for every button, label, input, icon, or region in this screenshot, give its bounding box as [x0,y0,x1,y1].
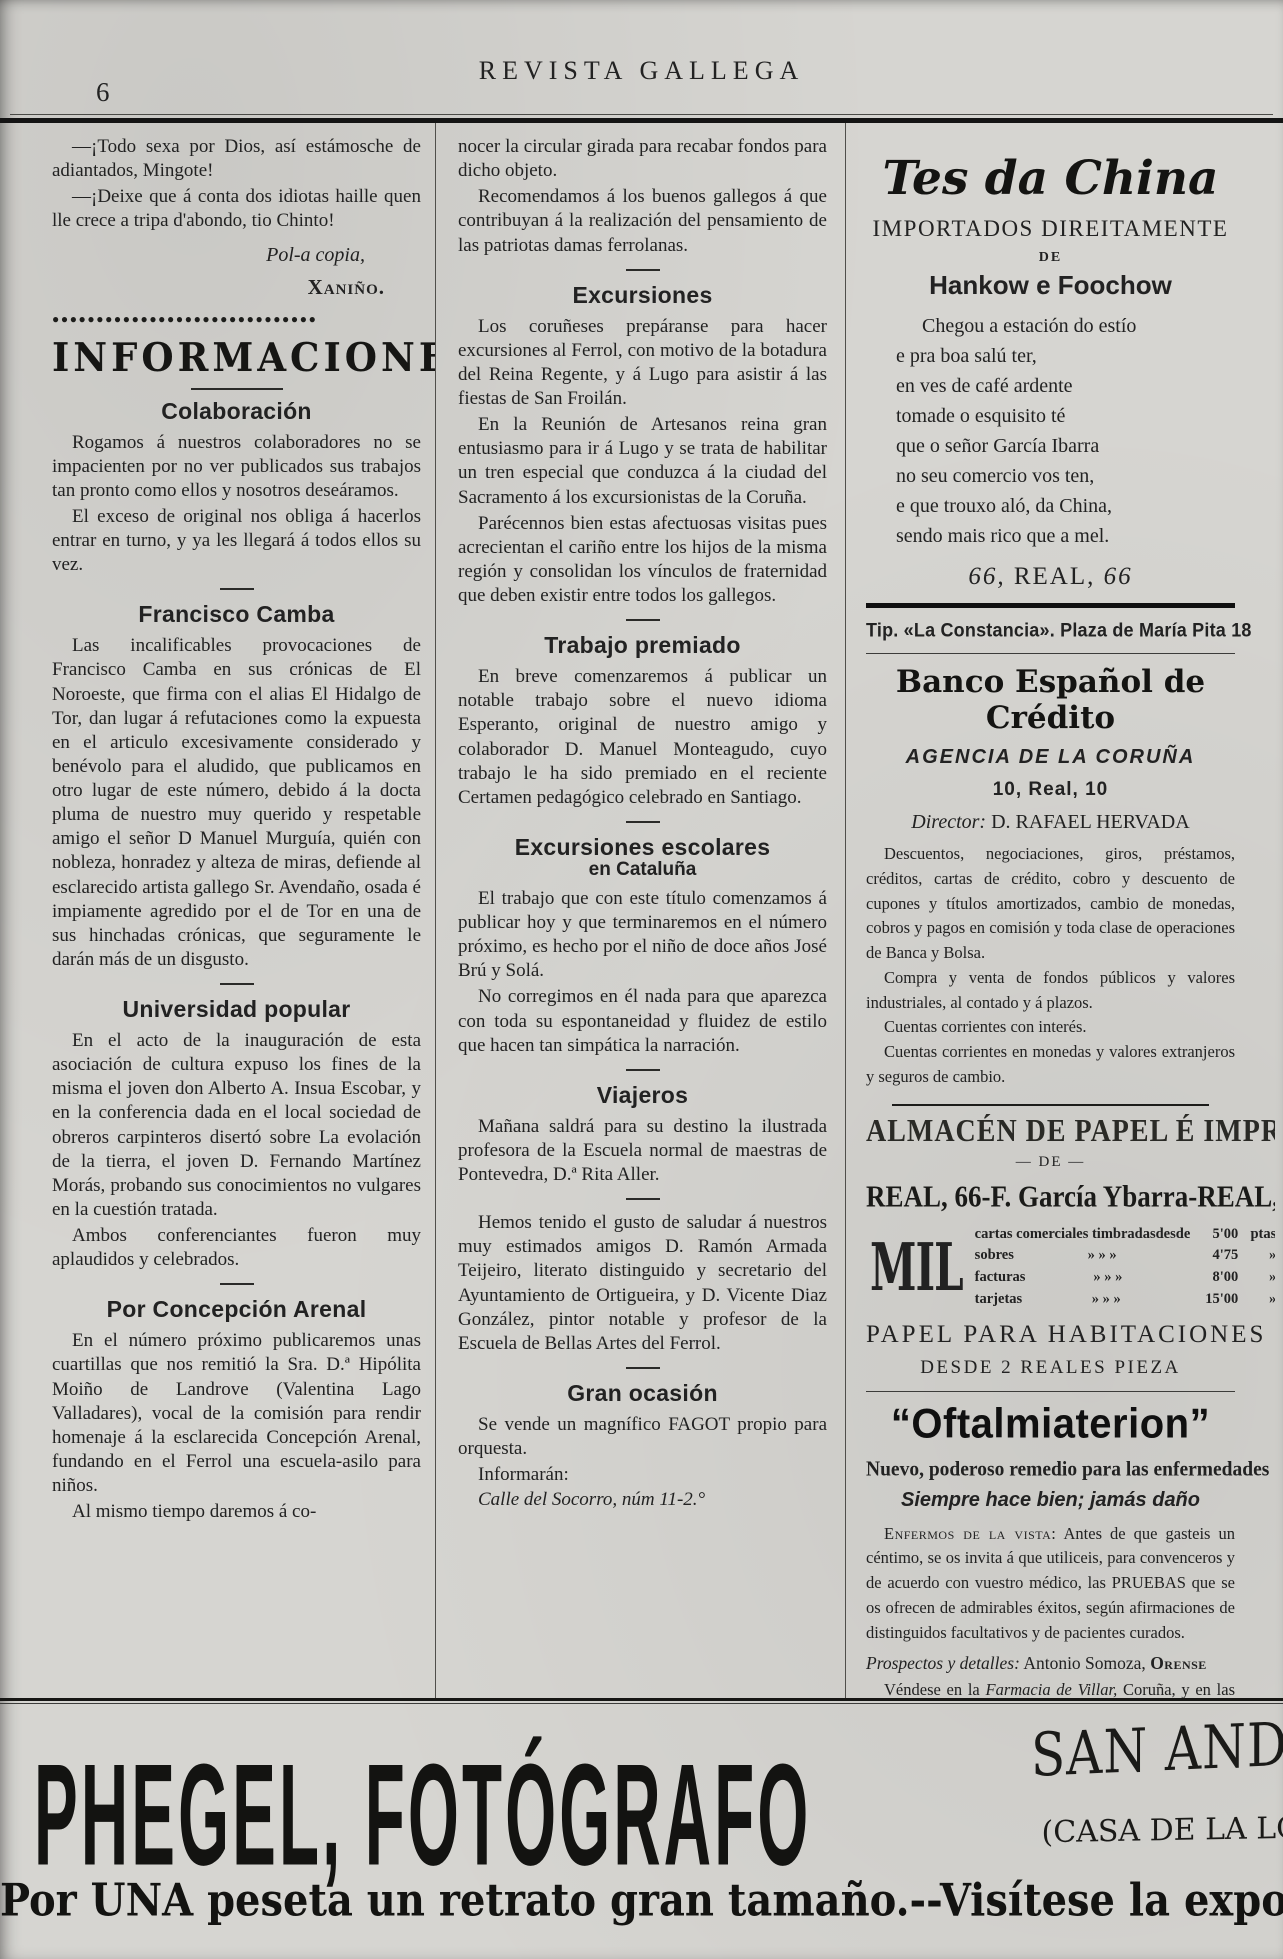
dash-separator [626,1198,660,1200]
dash-separator [626,269,660,271]
ad-almacen-address: REAL, 66-F. García Ybarra-REAL, 66 [866,1178,1235,1214]
dash-separator [220,588,254,590]
article-paragraph: Los coruñeses prepáranse para hacer excu… [458,315,827,412]
oftal-paragraph: Enfermos de la vista: Antes de que gaste… [866,1522,1235,1646]
ad-tes-verse: Chegou a estación do estío e pra boa sal… [866,311,1235,551]
article-heading: Trabajo premiado [458,632,827,659]
article-paragraph: Rogamos á nuestros colaboradores no se i… [52,431,421,503]
dash-separator [220,983,254,985]
price-table: cartas comerciales timbradas desde 5'00 … [975,1224,1275,1311]
printer-imprint: Tip. «La Constancia». Plaza de María Pit… [866,619,1235,642]
ad-almacen-title: ALMACÉN DE PAPEL É IMPRENTA [866,1114,1235,1150]
ad-tes-de: DE [866,250,1235,266]
newspaper-page: 6 REVISTA GALLEGA —¡Todo sexa por Dios, … [0,0,1283,1959]
article-paragraph: Parécennos bien estas afectuosas visitas… [458,512,827,609]
ad-tes-address: 66, REAL, 66 [866,563,1235,591]
article-subheading: en Cataluña [458,859,827,881]
left-column: —¡Todo sexa por Dios, así estámosche de … [8,123,435,1698]
ad-tes-title: Tes da China [866,151,1235,206]
verse-line: e que trouxo aló, da China, [896,491,1235,521]
ad-banco-title: Banco Español de Crédito [866,664,1235,736]
price-value: 5'00 [1190,1224,1238,1246]
dialogue-paragraph: —¡Todo sexa por Dios, así estámosche de … [52,135,421,183]
price-unit: » [1238,1267,1275,1289]
dash-separator [220,1283,254,1285]
article-heading: Colaboración [52,398,421,425]
banco-paragraph: Descuentos, negociaciones, giros, présta… [866,842,1235,966]
medium-rule [892,1104,1209,1106]
article-heading: Francisco Camba [52,601,421,628]
verse-line: no seu comercio vos ten, [896,461,1235,491]
oftal-prospectos: Prospectos y detalles: Antonio Somoza, O… [866,1653,1235,1674]
article-paragraph: Las incalificables provocaciones de Fran… [52,634,421,972]
ad-banco-agency: AGENCIA DE LA CORUÑA [866,746,1235,769]
article-paragraph: En el número próximo publicaremos unas c… [52,1329,421,1498]
article-paragraph: Al mismo tiempo daremos á co- [52,1500,421,1524]
ad-tagline: Por UNA peseta un retrato gran tamaño.--… [0,1874,1283,1927]
columns-area: —¡Todo sexa por Dios, así estámosche de … [0,123,1283,1698]
ornament-row: ●●●●●●●●●●●●●●●●●●●●●●●●●●●●●● [52,312,421,327]
ad-almacen-de: — DE — [866,1154,1235,1171]
thick-rule [866,603,1235,608]
continuation-paragraph: nocer la circular girada para recabar fo… [458,135,827,183]
vendese-pharmacy: Farmacia de Villar, [986,1680,1118,1698]
ad-tes-origin: Hankow e Foochow [866,270,1235,301]
dash-separator [626,1069,660,1071]
article-paragraph: El exceso de original nos obliga á hacer… [52,505,421,577]
verse-line: sendo mais rico que a mel. [896,521,1235,551]
director-label: Director: [911,811,986,833]
ad-casa-line: (CASA DE LA LOTERIA) [1031,1809,1283,1851]
address-number: 66, [968,563,1005,590]
article-paragraph: Mañana saldrá para su destino la ilustra… [458,1115,827,1187]
banco-paragraph: Cuentas corrientes en monedas y valores … [866,1040,1235,1090]
article-heading: Gran ocasión [458,1380,827,1407]
right-column: Tes da China IMPORTADOS DIREITAMENTE DE … [846,123,1275,1698]
masthead-title: REVISTA GALLEGA [0,42,1283,86]
article-paragraph: Recomendamos á los buenos gallegos á que… [458,185,827,257]
article-paragraph: Ambos conferenciantes fueron muy aplaudi… [52,1224,421,1272]
price-item: sobres [975,1245,1014,1267]
price-unit: ptas [1238,1224,1275,1246]
oftal-lead: Enfermos de la vista: [884,1524,1056,1543]
vendese-text: Véndese en la [884,1680,986,1698]
article-paragraph: Informarán: [458,1463,827,1487]
price-unit: » [1238,1245,1275,1267]
price-dittos: » » » [1014,1245,1190,1267]
price-row: cartas comerciales timbradas desde 5'00 … [975,1224,1275,1246]
mil-label: MIL [870,1229,963,1305]
price-item: facturas [975,1267,1026,1289]
price-list: MIL cartas comerciales timbradas desde 5… [866,1224,1235,1311]
article-paragraph: No corregimos en él nada para que aparez… [458,985,827,1057]
article-paragraph: En la Reunión de Artesanos reina gran en… [458,413,827,510]
page-number: 6 [96,77,110,108]
price-row: facturas » » » 8'00 » [975,1267,1275,1289]
price-dittos: » » » [1022,1289,1190,1311]
price-value: 4'75 [1190,1245,1238,1267]
article-paragraph: Hemos tenido el gusto de saludar á nuest… [458,1211,827,1356]
price-unit: » [1238,1289,1275,1311]
header-rule-thin [10,114,1273,115]
article-heading: Excursiones [458,282,827,309]
ad-tes-subtitle: IMPORTADOS DIREITAMENTE [866,216,1235,242]
article-paragraph: En el acto de la inauguración de esta as… [52,1029,421,1222]
thin-rule [866,1391,1235,1392]
dash-separator [626,619,660,621]
section-display-heading: INFORMACIONES [52,333,421,380]
ad-papel-price: DESDE 2 REALES PIEZA [866,1357,1235,1379]
ad-papel-line: PAPEL PARA HABITACIONES [866,1321,1235,1349]
address-street: REAL, [1014,563,1096,590]
dialogue-paragraph: —¡Deixe que á conta dos idiotas haille q… [52,185,421,233]
middle-column: nocer la circular girada para recabar fo… [435,123,846,1698]
thin-rule [866,653,1235,654]
bottom-advertisement: PHEGEL, FOTÓGRAFO SAN ANDRES, 13 (CASA D… [0,1704,1283,1959]
ad-banco-director: Director: D. RAFAEL HERVADA [866,811,1235,834]
prospectos-label: Prospectos y detalles: [866,1653,1020,1673]
prospectos-city: Orense [1150,1653,1207,1673]
prospectos-name: Antonio Somoza, [1020,1653,1150,1673]
banco-paragraph: Cuentas corrientes con interés. [866,1015,1235,1040]
price-row: tarjetas » » » 15'00 » [975,1289,1275,1311]
dash-separator [626,821,660,823]
ad-oftal-slogan: Siempre hace bien; jamás daño [866,1489,1235,1512]
oftal-vendese: Véndese en la Farmacia de Villar, Coruña… [866,1678,1235,1698]
ad-oftal-title: “Oftalmiaterion” [866,1400,1235,1447]
signature-name: Xaniño. [52,275,421,300]
verse-line: tomade o esquisito té [896,401,1235,431]
short-rule [191,388,283,390]
price-item: tarjetas [975,1289,1023,1311]
article-heading: Excursiones escolares [458,834,827,861]
signature-line: Pol-a copia, [52,244,421,267]
article-heading: Por Concepción Arenal [52,1296,421,1323]
price-item: cartas comerciales timbradas [975,1224,1156,1246]
director-name: D. RAFAEL HERVADA [991,811,1190,833]
contact-address: Calle del Socorro, núm 11-2.° [458,1489,827,1511]
article-heading: Viajeros [458,1082,827,1109]
price-dittos: » » » [1025,1267,1190,1289]
ad-oftal-subtitle: Nuevo, poderoso remedio para las enferme… [866,1458,1235,1482]
verse-line: que o señor García Ibarra [896,431,1235,461]
price-dittos: desde [1156,1224,1191,1246]
ad-top-row: PHEGEL, FOTÓGRAFO SAN ANDRES, 13 (CASA D… [34,1710,1257,1847]
dash-separator [626,1367,660,1369]
banco-paragraph: Compra y venta de fondos públicos y valo… [866,966,1235,1016]
verse-line: e pra boa salú ter, [896,341,1235,371]
ad-street-address: SAN ANDRES, 13 [1031,1704,1283,1791]
price-value: 8'00 [1190,1267,1238,1289]
price-row: sobres » » » 4'75 » [975,1245,1275,1267]
article-paragraph: En breve comenzaremos á publicar un nota… [458,665,827,810]
article-heading: Universidad popular [52,996,421,1023]
article-paragraph: El trabajo que con este título comenzamo… [458,887,827,984]
address-number: 66 [1104,563,1133,590]
price-value: 15'00 [1190,1289,1238,1311]
ad-address-block: SAN ANDRES, 13 (CASA DE LA LOTERIA) [1031,1710,1283,1847]
verse-line: en ves de café ardente [896,371,1235,401]
ad-banco-address: 10, Real, 10 [866,779,1235,801]
page-header: 6 REVISTA GALLEGA [0,0,1283,112]
article-paragraph: Se vende un magnífico FAGOT propio para … [458,1413,827,1461]
verse-line: Chegou a estación do estío [896,311,1235,341]
